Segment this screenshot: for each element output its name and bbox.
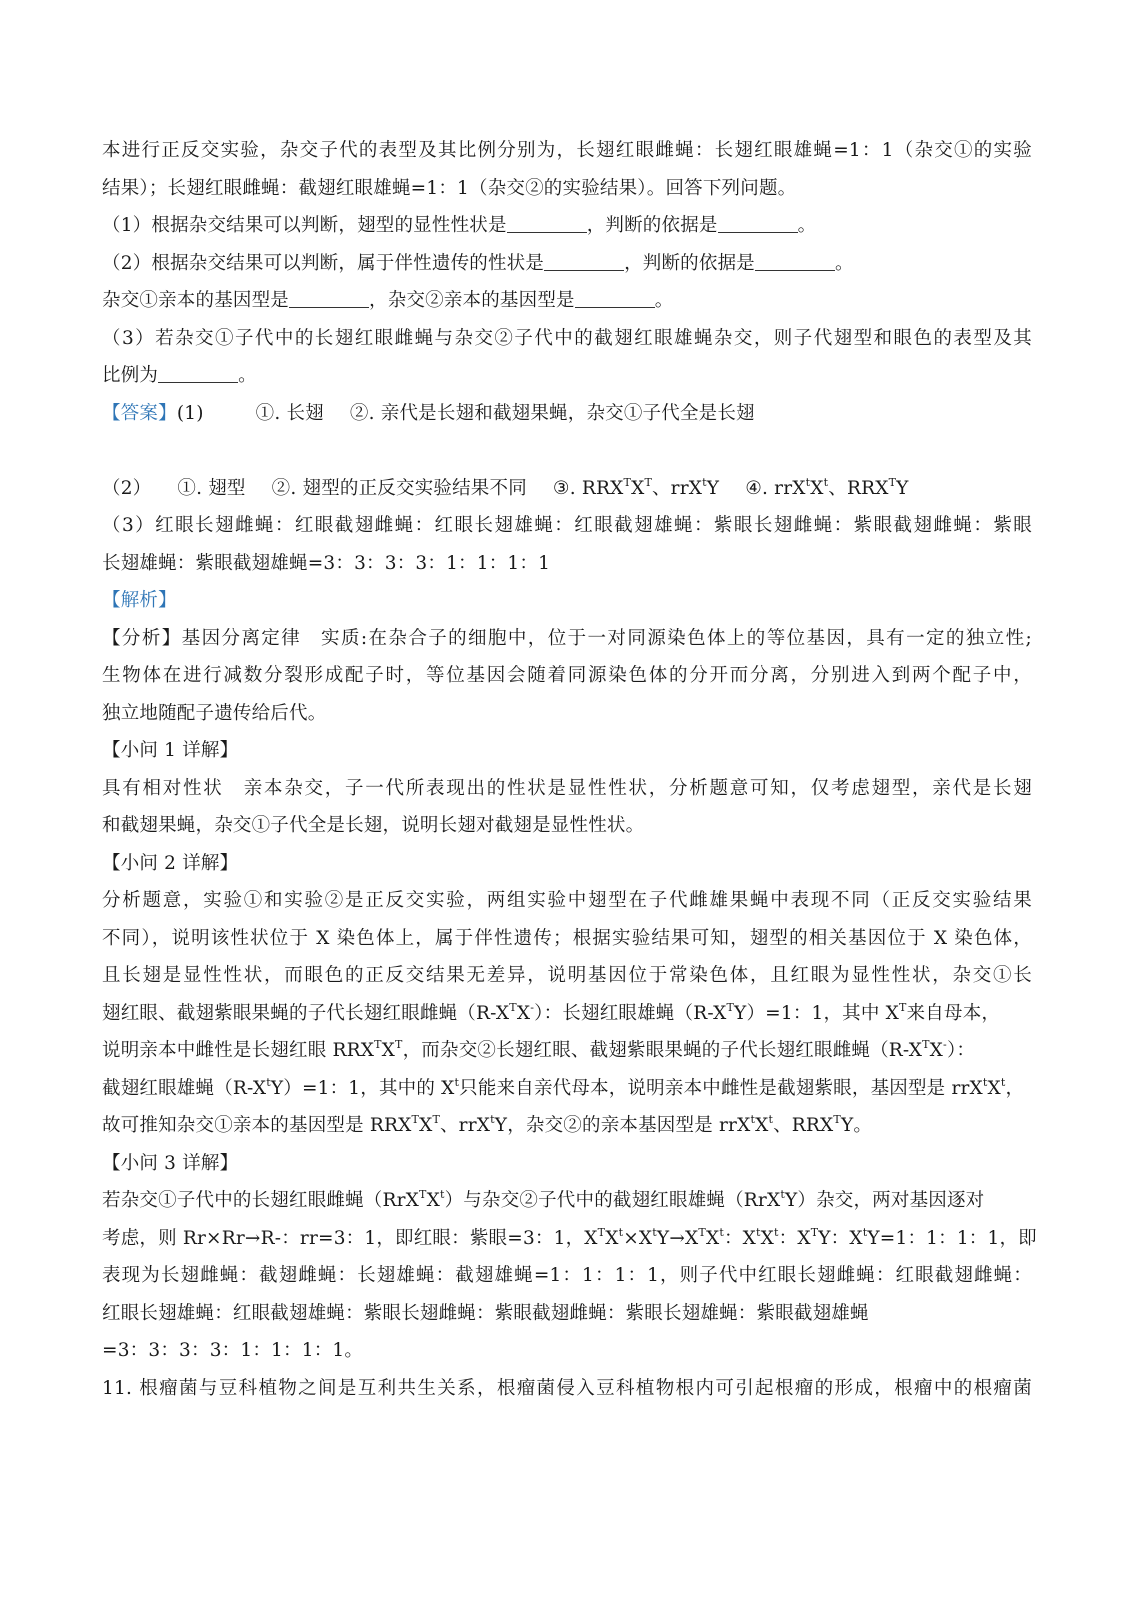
sub3-line-3: 表现为长翅雌蝇：截翅雌蝇：长翅雄蝇：截翅雄蝇=1：1：1：1，则子代中红眼长翅雌…: [102, 1257, 1032, 1295]
question-intro-line-2: 结果）；长翅红眼雌蝇：截翅红眼雄蝇=1：1（杂交②的实验结果）。回答下列问题。: [102, 170, 1032, 208]
sub3-line-2: 考虑，则 Rr×Rr→R-：rr=3：1，即红眼：紫眼=3：1，XTXt×XtY…: [102, 1220, 1032, 1258]
sub2-title: 【小问 2 详解】: [102, 845, 1032, 883]
question-part-3-line-1: （3）若杂交①子代中的长翅红眼雌蝇与杂交②子代中的截翅红眼雄蝇杂交，则子代翅型和…: [102, 320, 1032, 358]
answer-part-1: 【答案】(1)①. 长翅②. 亲代是长翅和截翅果蝇，杂交①子代全是长翅: [102, 395, 1032, 433]
sub2-line-6: 截翅红眼雄蝇（R-XtY）=1：1，其中的 Xt只能来自亲代母本，说明亲本中雌性…: [102, 1070, 1032, 1108]
question-part-2-genotypes: 杂交①亲本的基因型是，杂交②亲本的基因型是。: [102, 282, 1032, 320]
sub3-line-1: 若杂交①子代中的长翅红眼雌蝇（RrXTXt）与杂交②子代中的截翅红眼雄蝇（RrX…: [102, 1182, 1032, 1220]
sub1-line-2: 和截翅果蝇，杂交①子代全是长翅，说明长翅对截翅是显性性状。: [102, 807, 1032, 845]
question-intro-line-1: 本进行正反交实验，杂交子代的表型及其比例分别为，长翅红眼雌蝇：长翅红眼雄蝇=1：…: [102, 132, 1032, 170]
answer-blank: [507, 212, 587, 233]
next-question: 11. 根瘤菌与豆科植物之间是互利共生关系，根瘤菌侵入豆科植物根内可引起根瘤的形…: [102, 1370, 1032, 1408]
sub2-line-2: 不同），说明该性状位于 X 染色体上，属于伴性遗传；根据实验结果可知，翅型的相关…: [102, 920, 1032, 958]
answer-blank: [755, 250, 835, 271]
answer-blank: [575, 287, 655, 308]
analysis-fenxi-line-3: 独立地随配子遗传给后代。: [102, 695, 1032, 733]
sub3-line-5: =3：3：3：3：1：1：1：1。: [102, 1332, 1032, 1370]
sub1-title: 【小问 1 详解】: [102, 732, 1032, 770]
sub2-line-5: 说明亲本中雌性是长翅红眼 RRXTXT，而杂交②长翅红眼、截翅紫眼果蝇的子代长翅…: [102, 1032, 1032, 1070]
answer-part-3-line-2: 长翅雄蝇：紫眼截翅雄蝇=3：3：3：3：1：1：1：1: [102, 545, 1032, 583]
question-part-3-line-2: 比例为。: [102, 357, 1032, 395]
answer-blank: [544, 250, 624, 271]
sub2-line-3: 且长翅是显性性状，而眼色的正反交结果无差异，说明基因位于常染色体，且红眼为显性性…: [102, 957, 1032, 995]
sub3-title: 【小问 3 详解】: [102, 1145, 1032, 1183]
sub2-line-4: 翅红眼、截翅紫眼果蝇的子代长翅红眼雌蝇（R-XTX-）：长翅红眼雄蝇（R-XTY…: [102, 995, 1032, 1033]
answer-part-2: （2）①. 翅型②. 翅型的正反交实验结果不同③. RRXTXT、rrXtY④.…: [102, 470, 1032, 508]
analysis-fenxi-line-2: 生物体在进行减数分裂形成配子时，等位基因会随着同源染色体的分开而分离，分别进入到…: [102, 657, 1032, 695]
question-part-1: （1）根据杂交结果可以判断，翅型的显性性状是，判断的依据是。: [102, 207, 1032, 245]
answer-blank: [158, 362, 238, 383]
answer-part-3-line-1: （3）红眼长翅雌蝇：红眼截翅雌蝇：红眼长翅雄蝇：红眼截翅雄蝇：紫眼长翅雌蝇：紫眼…: [102, 507, 1032, 545]
answer-blank: [718, 212, 798, 233]
analysis-tag: 【解析】: [102, 582, 1032, 620]
answer-tag: 【答案】: [102, 403, 177, 424]
sub2-line-7: 故可推知杂交①亲本的基因型是 RRXTXT、rrXtY，杂交②的亲本基因型是 r…: [102, 1107, 1032, 1145]
sub3-line-4: 红眼长翅雄蝇：红眼截翅雄蝇：紫眼长翅雌蝇：紫眼截翅雌蝇：紫眼长翅雄蝇：紫眼截翅雄…: [102, 1295, 1032, 1333]
sub1-line-1: 具有相对性状 亲本杂交，子一代所表现出的性状是显性性状，分析题意可知，仅考虑翅型…: [102, 770, 1032, 808]
answer-blank: [289, 287, 369, 308]
sub2-line-1: 分析题意，实验①和实验②是正反交实验，两组实验中翅型在子代雌雄果蝇中表现不同（正…: [102, 882, 1032, 920]
analysis-fenxi-line-1: 【分析】基因分离定律 实质:在杂合子的细胞中，位于一对同源染色体上的等位基因，具…: [102, 620, 1032, 658]
document-page: 本进行正反交实验，杂交子代的表型及其比例分别为，长翅红眼雌蝇：长翅红眼雄蝇=1：…: [102, 132, 1032, 1407]
question-part-2: （2）根据杂交结果可以判断，属于伴性遗传的性状是，判断的依据是。: [102, 245, 1032, 283]
